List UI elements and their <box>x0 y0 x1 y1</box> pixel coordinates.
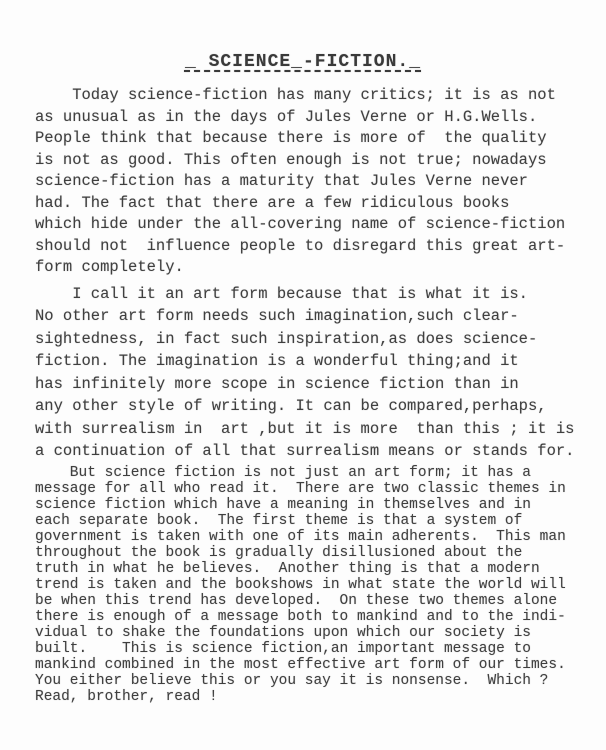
page-title-text: _ SCIENCE_-FICTION._ <box>185 52 421 72</box>
text-line: be when this trend has developed. On the… <box>35 593 596 609</box>
text-line: as unusual as in the days of Jules Verne… <box>35 107 596 129</box>
text-line: vidual to shake the foundations upon whi… <box>35 625 596 641</box>
text-line: sightedness, in fact such inspiration,as… <box>35 328 596 351</box>
paragraph-2: I call it an art form because that is wh… <box>0 283 606 463</box>
text-line: Today science-fiction has many critics; … <box>35 85 596 107</box>
text-line: trend is taken and the bookshows in what… <box>35 577 596 593</box>
text-line: had. The fact that there are a few ridic… <box>35 193 596 215</box>
typewritten-document-page: _ SCIENCE_-FICTION._ Today science-ficti… <box>0 0 606 750</box>
text-line: I call it an art form because that is wh… <box>35 283 596 306</box>
text-line: science fiction which have a meaning in … <box>35 497 596 513</box>
paragraph-3: But science fiction is not just an art f… <box>0 465 606 705</box>
text-line: any other style of writing. It can be co… <box>35 395 596 418</box>
text-line: People think that because there is more … <box>35 128 596 150</box>
text-line: form completely. <box>35 257 596 279</box>
text-line: built. This is science fiction,an import… <box>35 641 596 657</box>
text-line: is not as good. This often enough is not… <box>35 150 596 172</box>
text-line: throughout the book is gradually disillu… <box>35 545 596 561</box>
text-line: a continuation of all that surrealism me… <box>35 440 596 463</box>
page-title: _ SCIENCE_-FICTION._ <box>0 52 606 72</box>
text-line: science-fiction has a maturity that Jule… <box>35 171 596 193</box>
text-line: No other art form needs such imagination… <box>35 305 596 328</box>
text-line: truth in what he believes. Another thing… <box>35 561 596 577</box>
text-line: each separate book. The first theme is t… <box>35 513 596 529</box>
text-line: which hide under the all-covering name o… <box>35 214 596 236</box>
text-line: should not influence people to disregard… <box>35 236 596 258</box>
paragraph-1: Today science-fiction has many critics; … <box>0 85 606 279</box>
text-line: fiction. The imagination is a wonderful … <box>35 350 596 373</box>
text-line: You either believe this or you say it is… <box>35 673 596 689</box>
text-line: government is taken with one of its main… <box>35 529 596 545</box>
text-line: But science fiction is not just an art f… <box>35 465 596 481</box>
text-line: message for all who read it. There are t… <box>35 481 596 497</box>
text-line: there is enough of a message both to man… <box>35 609 596 625</box>
text-line: with surrealism in art ,but it is more t… <box>35 418 596 441</box>
text-line: Read, brother, read ! <box>35 689 596 705</box>
text-line: has infinitely more scope in science fic… <box>35 373 596 396</box>
text-line: mankind combined in the most effective a… <box>35 657 596 673</box>
